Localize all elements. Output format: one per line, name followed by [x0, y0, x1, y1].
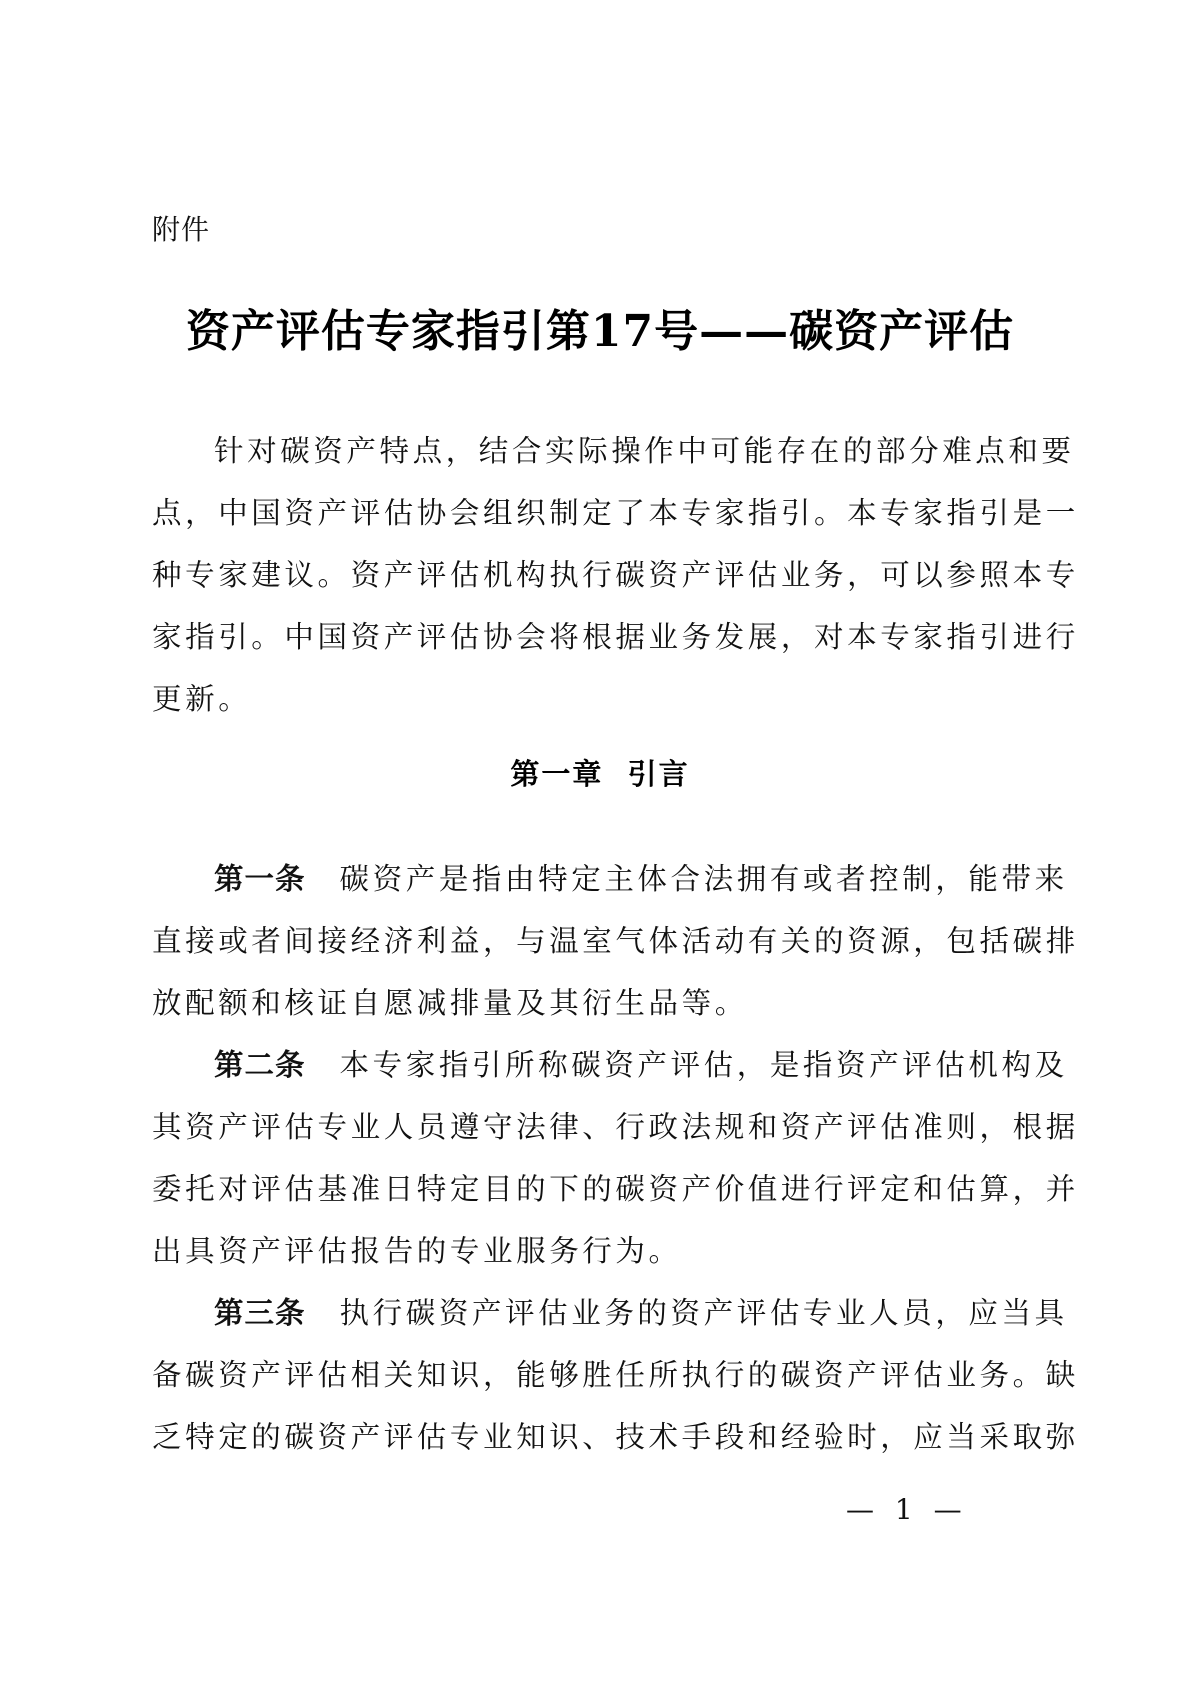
article-line: 乏特定的碳资产评估专业知识、技术手段和经验时，应当采取弥 [152, 1406, 978, 1468]
article-label: 第三条 [214, 1296, 306, 1330]
articles-section: 第一条碳资产是指由特定主体合法拥有或者控制，能带来 直接或者间接经济利益，与温室… [152, 848, 978, 1468]
document-page: 附件 资产评估专家指引第17号——碳资产评估 针对碳资产特点，结合实际操作中可能… [0, 0, 1200, 1697]
article-label: 第一条 [214, 862, 306, 896]
article-line: 备碳资产评估相关知识，能够胜任所执行的碳资产评估业务。缺 [152, 1344, 978, 1406]
article-first-line: 第一条碳资产是指由特定主体合法拥有或者控制，能带来 [152, 848, 978, 910]
article-1: 第一条碳资产是指由特定主体合法拥有或者控制，能带来 直接或者间接经济利益，与温室… [152, 848, 978, 1034]
attachment-label: 附件 [152, 212, 210, 248]
article-line: 委托对评估基准日特定目的下的碳资产价值进行评定和估算，并 [152, 1158, 978, 1220]
article-line: 直接或者间接经济利益，与温室气体活动有关的资源，包括碳排 [152, 910, 978, 972]
preamble-line: 家指引。中国资产评估协会将根据业务发展，对本专家指引进行 [152, 606, 978, 668]
article-first-line: 第三条执行碳资产评估业务的资产评估专业人员，应当具 [152, 1282, 978, 1344]
article-line: 其资产评估专业人员遵守法律、行政法规和资产评估准则，根据 [152, 1096, 978, 1158]
article-label: 第二条 [214, 1048, 306, 1082]
article-text: 执行碳资产评估业务的资产评估专业人员，应当具 [340, 1296, 1068, 1330]
preamble-line: 针对碳资产特点，结合实际操作中可能存在的部分难点和要 [152, 420, 978, 482]
article-text: 本专家指引所称碳资产评估，是指资产评估机构及 [340, 1048, 1068, 1082]
chapter-heading: 第一章 引言 [0, 754, 1200, 794]
article-first-line: 第二条本专家指引所称碳资产评估，是指资产评估机构及 [152, 1034, 978, 1096]
article-line: 放配额和核证自愿减排量及其衍生品等。 [152, 972, 978, 1034]
preamble-paragraph: 针对碳资产特点，结合实际操作中可能存在的部分难点和要 点，中国资产评估协会组织制… [152, 420, 978, 730]
preamble-line: 更新。 [152, 668, 978, 730]
page-number: — 1 — [846, 1490, 968, 1530]
document-title: 资产评估专家指引第17号——碳资产评估 [0, 304, 1200, 360]
article-3: 第三条执行碳资产评估业务的资产评估专业人员，应当具 备碳资产评估相关知识，能够胜… [152, 1282, 978, 1468]
article-line: 出具资产评估报告的专业服务行为。 [152, 1220, 978, 1282]
preamble-line: 点，中国资产评估协会组织制定了本专家指引。本专家指引是一 [152, 482, 978, 544]
preamble-line: 种专家建议。资产评估机构执行碳资产评估业务，可以参照本专 [152, 544, 978, 606]
article-2: 第二条本专家指引所称碳资产评估，是指资产评估机构及 其资产评估专业人员遵守法律、… [152, 1034, 978, 1282]
article-text: 碳资产是指由特定主体合法拥有或者控制，能带来 [340, 862, 1068, 896]
